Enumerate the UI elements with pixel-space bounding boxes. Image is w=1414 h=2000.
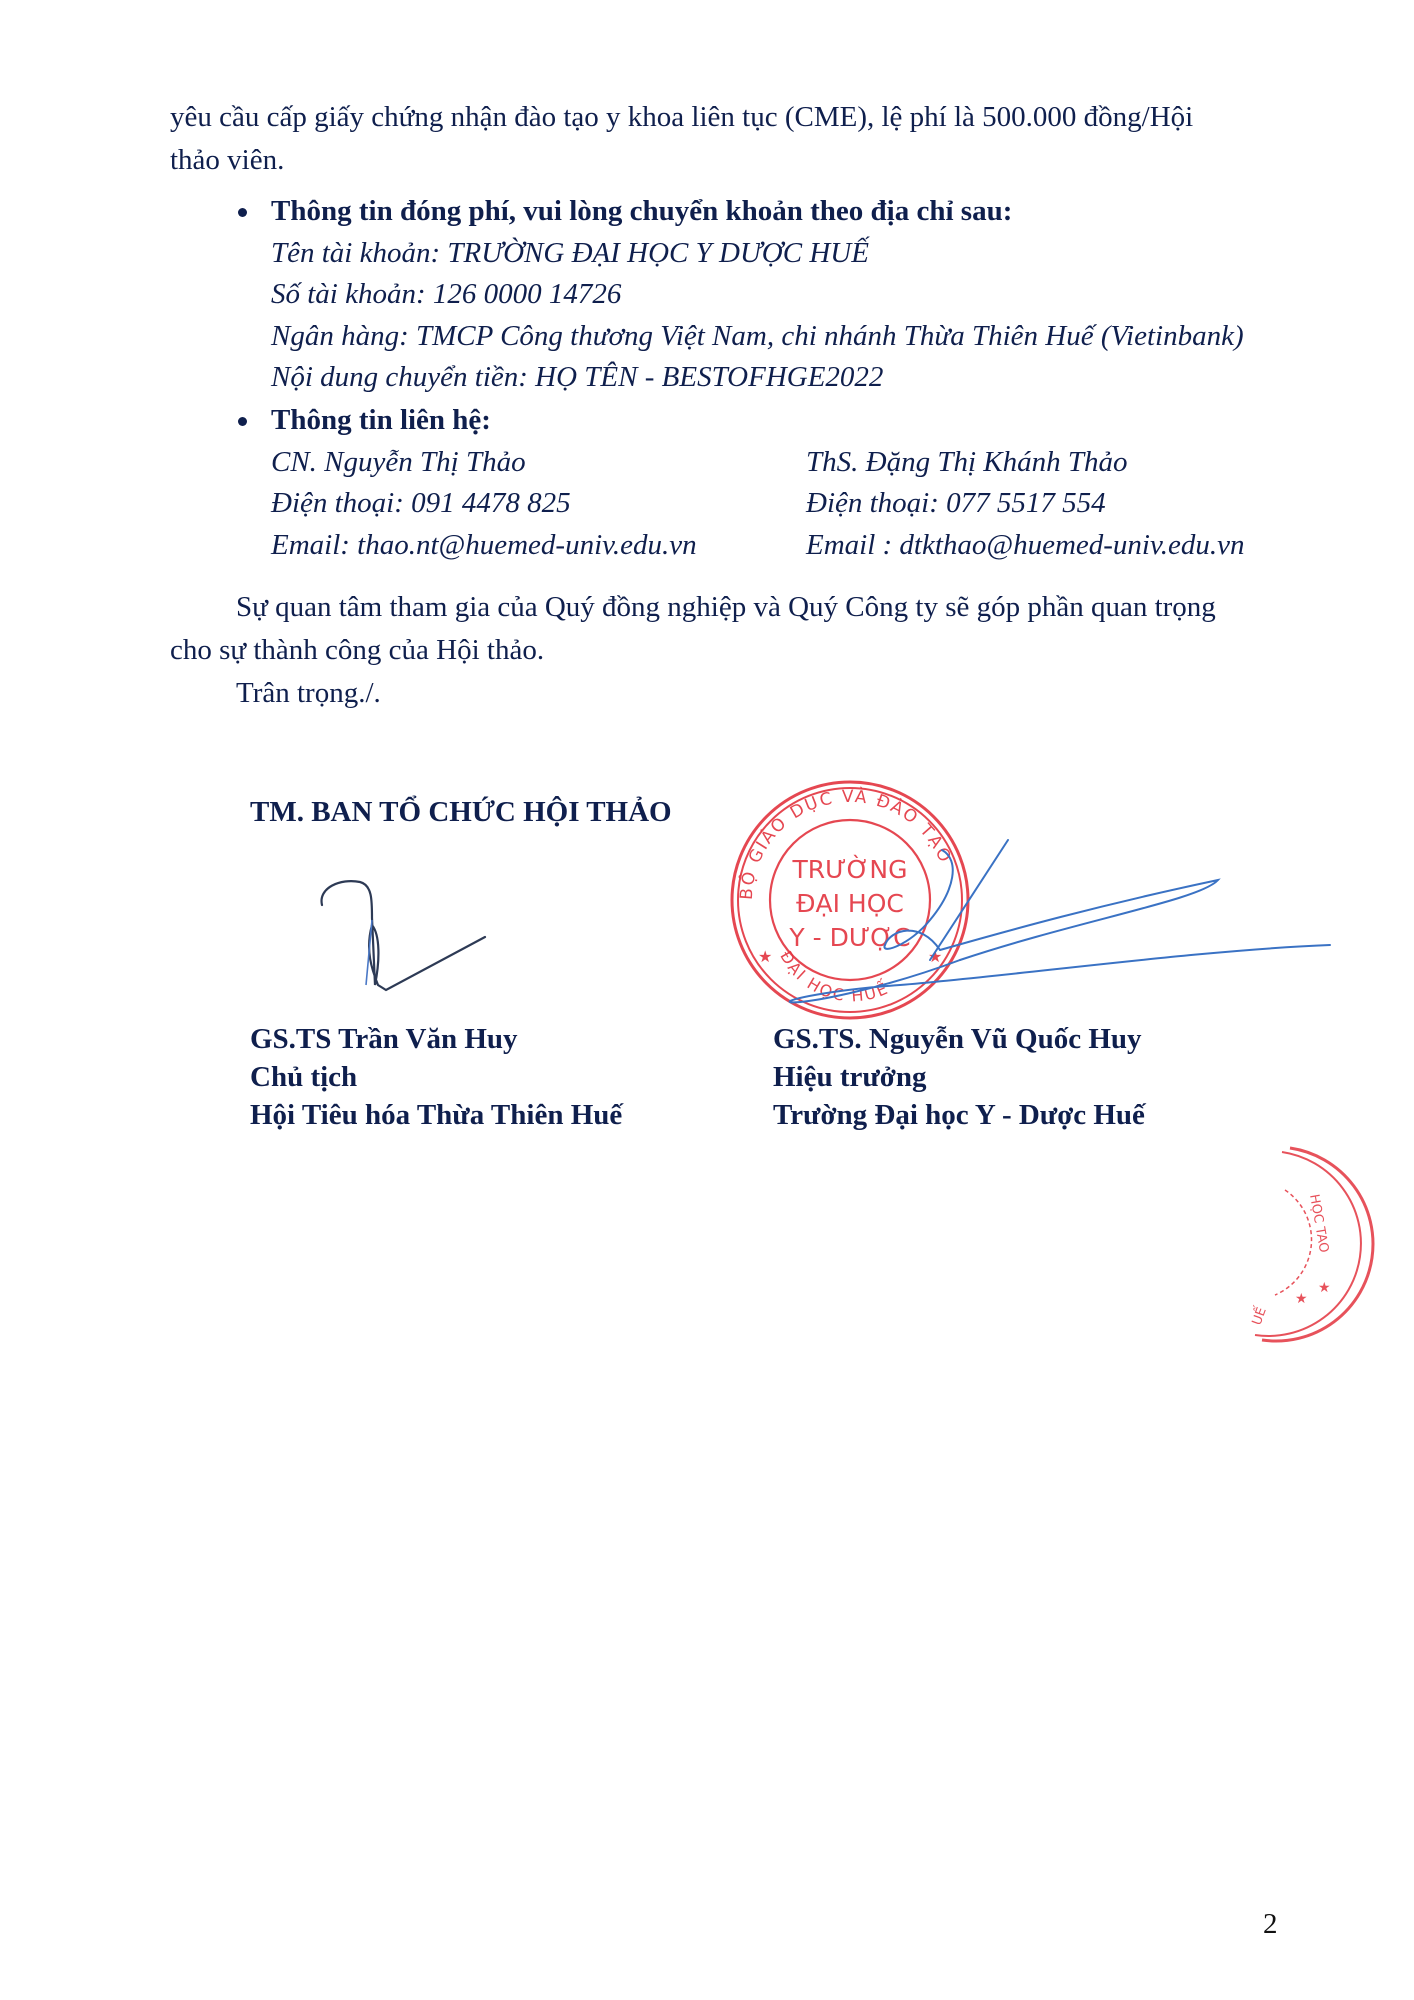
official-seal-icon: BỘ GIÁO DỤC VÀ ĐÀO TẠO ĐẠI HỌC HUẾ TRƯỜN… <box>0 0 1414 2000</box>
page-number: 2 <box>1263 1908 1278 1941</box>
svg-text:HỌC TAO: HỌC TAO <box>1306 1193 1331 1254</box>
bank-name: Ngân hàng: TMCP Công thương Việt Nam, ch… <box>271 319 1244 353</box>
contact-phone: Điện thoại: 091 4478 825 <box>271 486 571 520</box>
closing-line-2: cho sự thành công của Hội thảo. <box>170 633 544 667</box>
signer-organization: Trường Đại học Y - Dược Huế <box>773 1098 1145 1132</box>
signer-title: Chủ tịch <box>250 1060 357 1094</box>
svg-text:★: ★ <box>928 947 942 966</box>
svg-text:★: ★ <box>758 947 772 966</box>
signer-title: Hiệu trưởng <box>773 1060 926 1094</box>
contact-heading: Thông tin liên hệ: <box>271 403 491 437</box>
closing-line-1: Sự quan tâm tham gia của Quý đồng nghiệp… <box>236 590 1216 624</box>
svg-text:ĐẠI HỌC HUẾ: ĐẠI HỌC HUẾ <box>776 948 892 1006</box>
contact-email: Email : dtkthao@huemed-univ.edu.vn <box>806 528 1244 562</box>
signer-name: GS.TS. Nguyễn Vũ Quốc Huy <box>773 1022 1142 1056</box>
bullet-icon <box>238 417 247 426</box>
contact-email: Email: thao.nt@huemed-univ.edu.vn <box>271 528 697 562</box>
account-name: Tên tài khoản: TRƯỜNG ĐẠI HỌC Y DƯỢC HUẾ <box>271 236 869 270</box>
svg-text:BỘ GIÁO DỤC VÀ ĐÀO TẠO: BỘ GIÁO DỤC VÀ ĐÀO TẠO <box>736 785 955 900</box>
signer-organization: Hội Tiêu hóa Thừa Thiên Huế <box>250 1098 622 1132</box>
signer-name: GS.TS Trần Văn Huy <box>250 1022 518 1056</box>
svg-text:UẾ: UẾ <box>1248 1304 1270 1327</box>
transfer-note: Nội dung chuyển tiền: HỌ TÊN - BESTOFHGE… <box>271 360 883 394</box>
svg-text:Y - DƯỢC: Y - DƯỢC <box>788 923 910 952</box>
partial-seal-icon: HỌC TAO UẾ ★ ★ <box>0 0 1414 2000</box>
organizing-committee-heading: TM. BAN TỔ CHỨC HỘI THẢO <box>250 795 672 829</box>
svg-text:ĐẠI HỌC: ĐẠI HỌC <box>796 889 904 918</box>
contact-name: CN. Nguyễn Thị Thảo <box>271 445 526 479</box>
svg-text:★: ★ <box>1318 1280 1331 1296</box>
intro-line-1: yêu cầu cấp giấy chứng nhận đào tạo y kh… <box>170 100 1193 134</box>
closing-regards: Trân trọng./. <box>236 676 381 710</box>
svg-text:TRƯỜNG: TRƯỜNG <box>792 854 908 884</box>
svg-text:★: ★ <box>1295 1291 1308 1307</box>
contact-phone: Điện thoại: 077 5517 554 <box>806 486 1106 520</box>
signature-right-icon <box>0 0 1414 2000</box>
account-number: Số tài khoản: 126 0000 14726 <box>271 277 621 311</box>
bullet-icon <box>238 208 247 217</box>
contact-name: ThS. Đặng Thị Khánh Thảo <box>806 445 1127 479</box>
payment-heading: Thông tin đóng phí, vui lòng chuyển khoả… <box>271 194 1012 228</box>
signature-left-icon <box>0 0 1414 2000</box>
intro-line-2: thảo viên. <box>170 143 284 177</box>
document-page: yêu cầu cấp giấy chứng nhận đào tạo y kh… <box>0 0 1414 2000</box>
